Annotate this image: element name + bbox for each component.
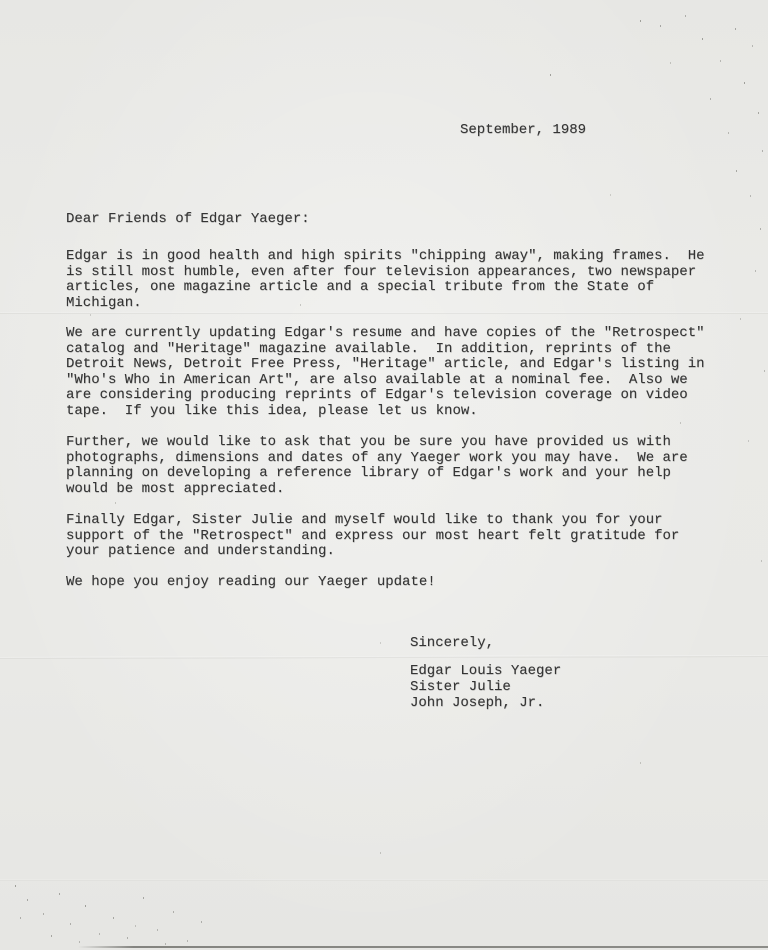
signature-name: Sister Julie <box>410 680 511 696</box>
letter-paragraph: Edgar is in good health and high spirits… <box>66 249 705 311</box>
paper-speckles-scattered <box>550 74 551 76</box>
scan-edge-line <box>78 946 768 948</box>
letter-paragraph: Finally Edgar, Sister Julie and myself w… <box>66 513 679 560</box>
fold-crease-top <box>0 312 768 314</box>
paper-speckles-top-right <box>640 20 641 22</box>
letter-salutation: Dear Friends of Edgar Yaeger: <box>66 212 310 228</box>
letter-paragraph: We hope you enjoy reading our Yaeger upd… <box>66 575 436 591</box>
letter-paragraph: Further, we would like to ask that you b… <box>66 435 688 497</box>
paper-speckles-bottom-left <box>15 885 16 887</box>
letter-date: September, 1989 <box>460 123 586 139</box>
letter-page: September, 1989 Dear Friends of Edgar Ya… <box>0 0 768 950</box>
letter-paragraph: We are currently updating Edgar's resume… <box>66 326 705 420</box>
signature-name: Edgar Louis Yaeger <box>410 664 561 680</box>
fold-crease-bottom <box>0 879 768 881</box>
fold-crease-middle <box>0 655 768 659</box>
signature-name: John Joseph, Jr. <box>410 696 544 712</box>
letter-closing: Sincerely, <box>410 636 494 652</box>
